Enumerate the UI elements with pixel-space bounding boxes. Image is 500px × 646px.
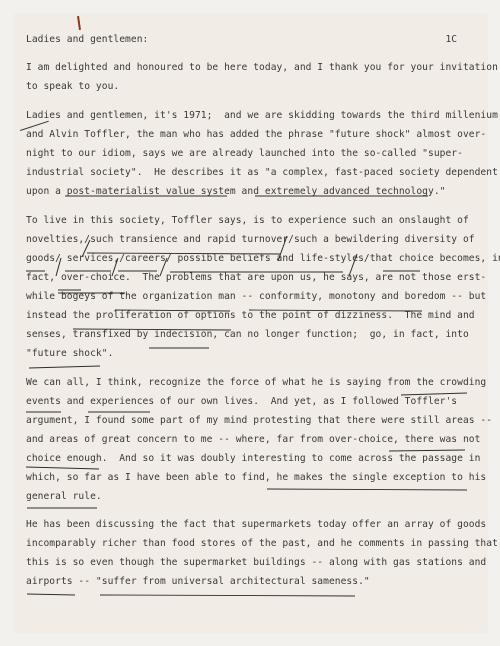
salutation: Ladies and gentlemen: <box>26 30 148 49</box>
paragraph-4-line-6: which, so far as I have been able to fin… <box>26 468 486 487</box>
ink-mark <box>77 16 81 30</box>
paragraph-3-line-5: while bogeys of the organization man -- … <box>26 287 486 306</box>
paragraph-4-line-1: We can all, I think, recognize the force… <box>26 373 486 392</box>
paragraph-3-line-2: novelties,/such transience and rapid tur… <box>26 230 475 249</box>
paragraph-4-line-4: and areas of great concern to me -- wher… <box>26 430 480 449</box>
paragraph-2-line-2: and Alvin Toffler, the man who has added… <box>26 125 486 144</box>
paragraph-1-line-2: to speak to you. <box>26 77 119 96</box>
paragraph-5-line-4: airports -- "suffer from universal archi… <box>26 572 370 591</box>
paragraph-3-line-3: goods/ services,/careers/ possible belie… <box>26 249 500 268</box>
page-number: 1C <box>445 34 457 45</box>
paragraph-5-line-2: incomparably richer than food stores of … <box>26 534 498 553</box>
document-page: Ladies and gentlemen: 1C I am delighted … <box>15 14 487 632</box>
paragraph-4-line-3: argument, I found some part of my mind p… <box>26 411 492 430</box>
paragraph-3-line-7: senses, transfixed by indecision, can no… <box>26 325 469 344</box>
paragraph-3-line-8: "future shock". <box>26 344 113 363</box>
paragraph-1-line-1: I am delighted and honoured to be here t… <box>26 58 498 77</box>
paragraph-4-line-5: choice enough. And so it was doubly inte… <box>26 449 480 468</box>
paragraph-2-line-1: Ladies and gentlemen, it's 1971; and we … <box>26 106 500 125</box>
paragraph-2-line-5: upon a post-materialist value system and… <box>26 182 445 201</box>
paragraph-5-line-1: He has been discussing the fact that sup… <box>26 515 486 534</box>
paragraph-2-line-4: industrial society". He describes it as … <box>26 163 498 182</box>
paragraph-4-line-2: events and experiences of our own lives.… <box>26 392 457 411</box>
paragraph-2-line-3: night to our idiom, says we are already … <box>26 144 463 163</box>
paragraph-4-line-7: general rule. <box>26 487 102 506</box>
paragraph-5-line-3: this is so even though the supermarket b… <box>26 553 486 572</box>
paragraph-3-line-4: fact, over-choice. The problems that are… <box>26 268 486 287</box>
paragraph-3-line-1: To live in this society, Toffler says, i… <box>26 211 469 230</box>
paragraph-3-line-6: instead the proliferation of options to … <box>26 306 475 325</box>
